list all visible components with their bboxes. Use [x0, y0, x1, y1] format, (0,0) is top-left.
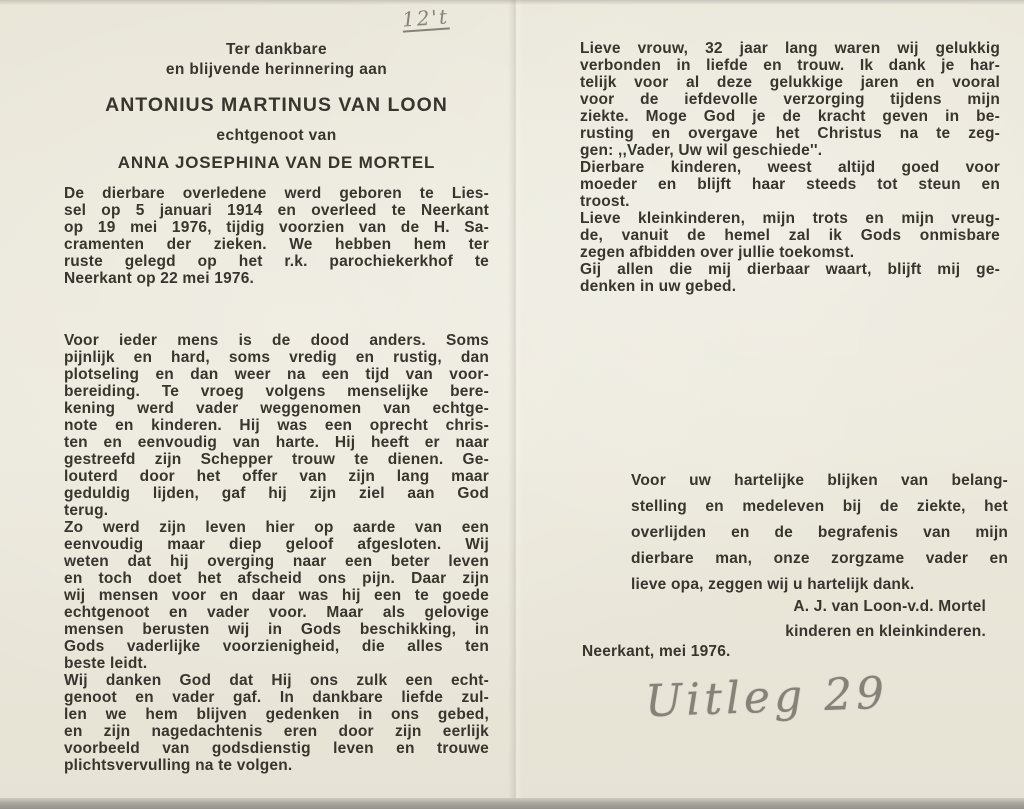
- text-line: voor de iefdevolle verzorging tijdens mi…: [580, 91, 1000, 108]
- text-line: echtgenoot en vader voor. Maar als gelov…: [64, 604, 489, 621]
- text-line: genoot en vader gaf. In dankbare liefde …: [64, 689, 489, 706]
- text-line: Lieve kleinkinderen, mijn trots en mijn …: [580, 210, 1000, 227]
- text-line: geduldig lijden, gaf hij zijn ziel aan G…: [64, 485, 489, 502]
- intro-line-2: en blijvende herinnering aan: [64, 60, 489, 80]
- text-line: Gods vaderlijke voorzienigheid, die alle…: [64, 638, 489, 655]
- farewell-paragraphs: Lieve vrouw, 32 jaar lang waren wij gelu…: [580, 40, 1000, 295]
- text-line: overlijden en de begrafenis van mijn: [631, 520, 1008, 546]
- text-line: plotseling en dan weer na een tijd van v…: [64, 366, 489, 383]
- text-line: Gij allen die mij dierbaar waart, blijft…: [580, 261, 1000, 278]
- text-line: ten en eenvoudig van harte. Hij heeft er…: [64, 434, 489, 451]
- intro-line-1: Ter dankbare: [64, 40, 489, 60]
- text-line: kening werd vader weggenomen van echtge-: [64, 400, 489, 417]
- text-line: Lieve vrouw, 32 jaar lang waren wij gelu…: [580, 40, 1000, 57]
- text-line: stelling en medeleven bij de ziekte, het: [631, 494, 1008, 520]
- reflection-paragraphs: Voor ieder mens is de dood anders. Somsp…: [64, 332, 489, 774]
- text-line: terug.: [64, 502, 489, 519]
- text-line: dierbare man, onze zorgzame vader en: [631, 546, 1008, 572]
- text-line: Wij danken God dat Hij ons zulk een echt…: [64, 672, 489, 689]
- signature-subline: kinderen en kleinkinderen.: [700, 619, 986, 644]
- text-line: pijnlijk en hard, soms vredig en rustig,…: [64, 349, 489, 366]
- text-line: De dierbare overledene werd geboren te L…: [64, 185, 489, 202]
- text-line: voorbeeld van godsdienstig leven en trou…: [64, 740, 489, 757]
- text-line: op 19 mei 1976, tijdig voorzien van de H…: [64, 219, 489, 236]
- text-line: wij mensen voor en daar was hij een te g…: [64, 587, 489, 604]
- text-line: mensen berusten wij in Gods beschikking,…: [64, 621, 489, 638]
- text-line: denken in uw gebed.: [580, 278, 1000, 295]
- spouse-name: ANNA JOSEPHINA VAN DE MORTEL: [64, 153, 489, 173]
- place-date: Neerkant, mei 1976.: [582, 643, 731, 661]
- text-line: Dierbare kinderen, weest altijd goed voo…: [580, 159, 1000, 176]
- text-line: gestreefd zijn Schepper trouw te dienen.…: [64, 451, 489, 468]
- text-line: sel op 5 januari 1914 en overleed te Nee…: [64, 202, 489, 219]
- scan-top-shadow: [0, 0, 1024, 5]
- text-line: gen: ,,Vader, Uw wil geschiede''.: [580, 142, 1000, 159]
- thanks-paragraph: Voor uw hartelijke blijken van belang-st…: [631, 468, 1008, 598]
- text-line: ruste gelegd op het r.k. parochiekerkhof…: [64, 253, 489, 270]
- deceased-name: ANTONIUS MARTINUS VAN LOON: [64, 94, 489, 117]
- text-line: bereiding. Te vroeg volgens menselijke b…: [64, 383, 489, 400]
- text-line: telijk voor al deze gelukkige jaren en v…: [580, 74, 1000, 91]
- text-line: Voor ieder mens is de dood anders. Soms: [64, 332, 489, 349]
- text-line: de, vanuit de hemel zal ik Gods onmisbar…: [580, 227, 1000, 244]
- text-line: eenvoudig maar diep geloof afgesloten. W…: [64, 536, 489, 553]
- text-line: ziekte. Moge God je de kracht geven in b…: [580, 108, 1000, 125]
- scan-bottom-edge: [0, 798, 1024, 809]
- signature-block: A. J. van Loon-v.d. Mortel kinderen en k…: [700, 594, 986, 644]
- text-line: Voor uw hartelijke blijken van belang-: [631, 468, 1008, 494]
- text-line: Zo werd zijn leven hier op aarde van een: [64, 519, 489, 536]
- center-fold-crease: [508, 0, 522, 809]
- top-pencil-mark: 12't: [401, 4, 450, 31]
- biography-paragraph: De dierbare overledene werd geboren te L…: [64, 185, 489, 287]
- text-line: verbonden in liefde en trouw. Ik dank je…: [580, 57, 1000, 74]
- text-line: weten dat hij overging naar een beter le…: [64, 553, 489, 570]
- text-line: en zijn nagedachtenis eren door zijn eer…: [64, 723, 489, 740]
- scanned-memorial-card: Ter dankbare en blijvende herinnering aa…: [0, 0, 1024, 809]
- text-line: cramenten der zieken. We hebben hem ter: [64, 236, 489, 253]
- text-line: zegen afbidden over jullie toekomst.: [580, 244, 1000, 261]
- text-line: beste leidt.: [64, 655, 489, 672]
- text-line: Neerkant op 22 mei 1976.: [64, 270, 489, 287]
- text-line: note en kinderen. Hij was een oprecht ch…: [64, 417, 489, 434]
- signature-name: A. J. van Loon-v.d. Mortel: [700, 594, 986, 619]
- relation-label: echtgenoot van: [64, 127, 489, 145]
- text-line: plichtsvervulling na te volgen.: [64, 757, 489, 774]
- text-line: en toch doet het afscheid ons pijn. Daar…: [64, 570, 489, 587]
- text-line: rusting en overgave het Christus na te z…: [580, 125, 1000, 142]
- text-line: troost.: [580, 193, 1000, 210]
- handwritten-note: Uitleg 29: [644, 668, 889, 727]
- text-line: moeder en blijft haar steeds tot steun e…: [580, 176, 1000, 193]
- text-line: len we hem blijven gedenken in ons gebed…: [64, 706, 489, 723]
- text-line: louterd door het offer van zijn lang maa…: [64, 468, 489, 485]
